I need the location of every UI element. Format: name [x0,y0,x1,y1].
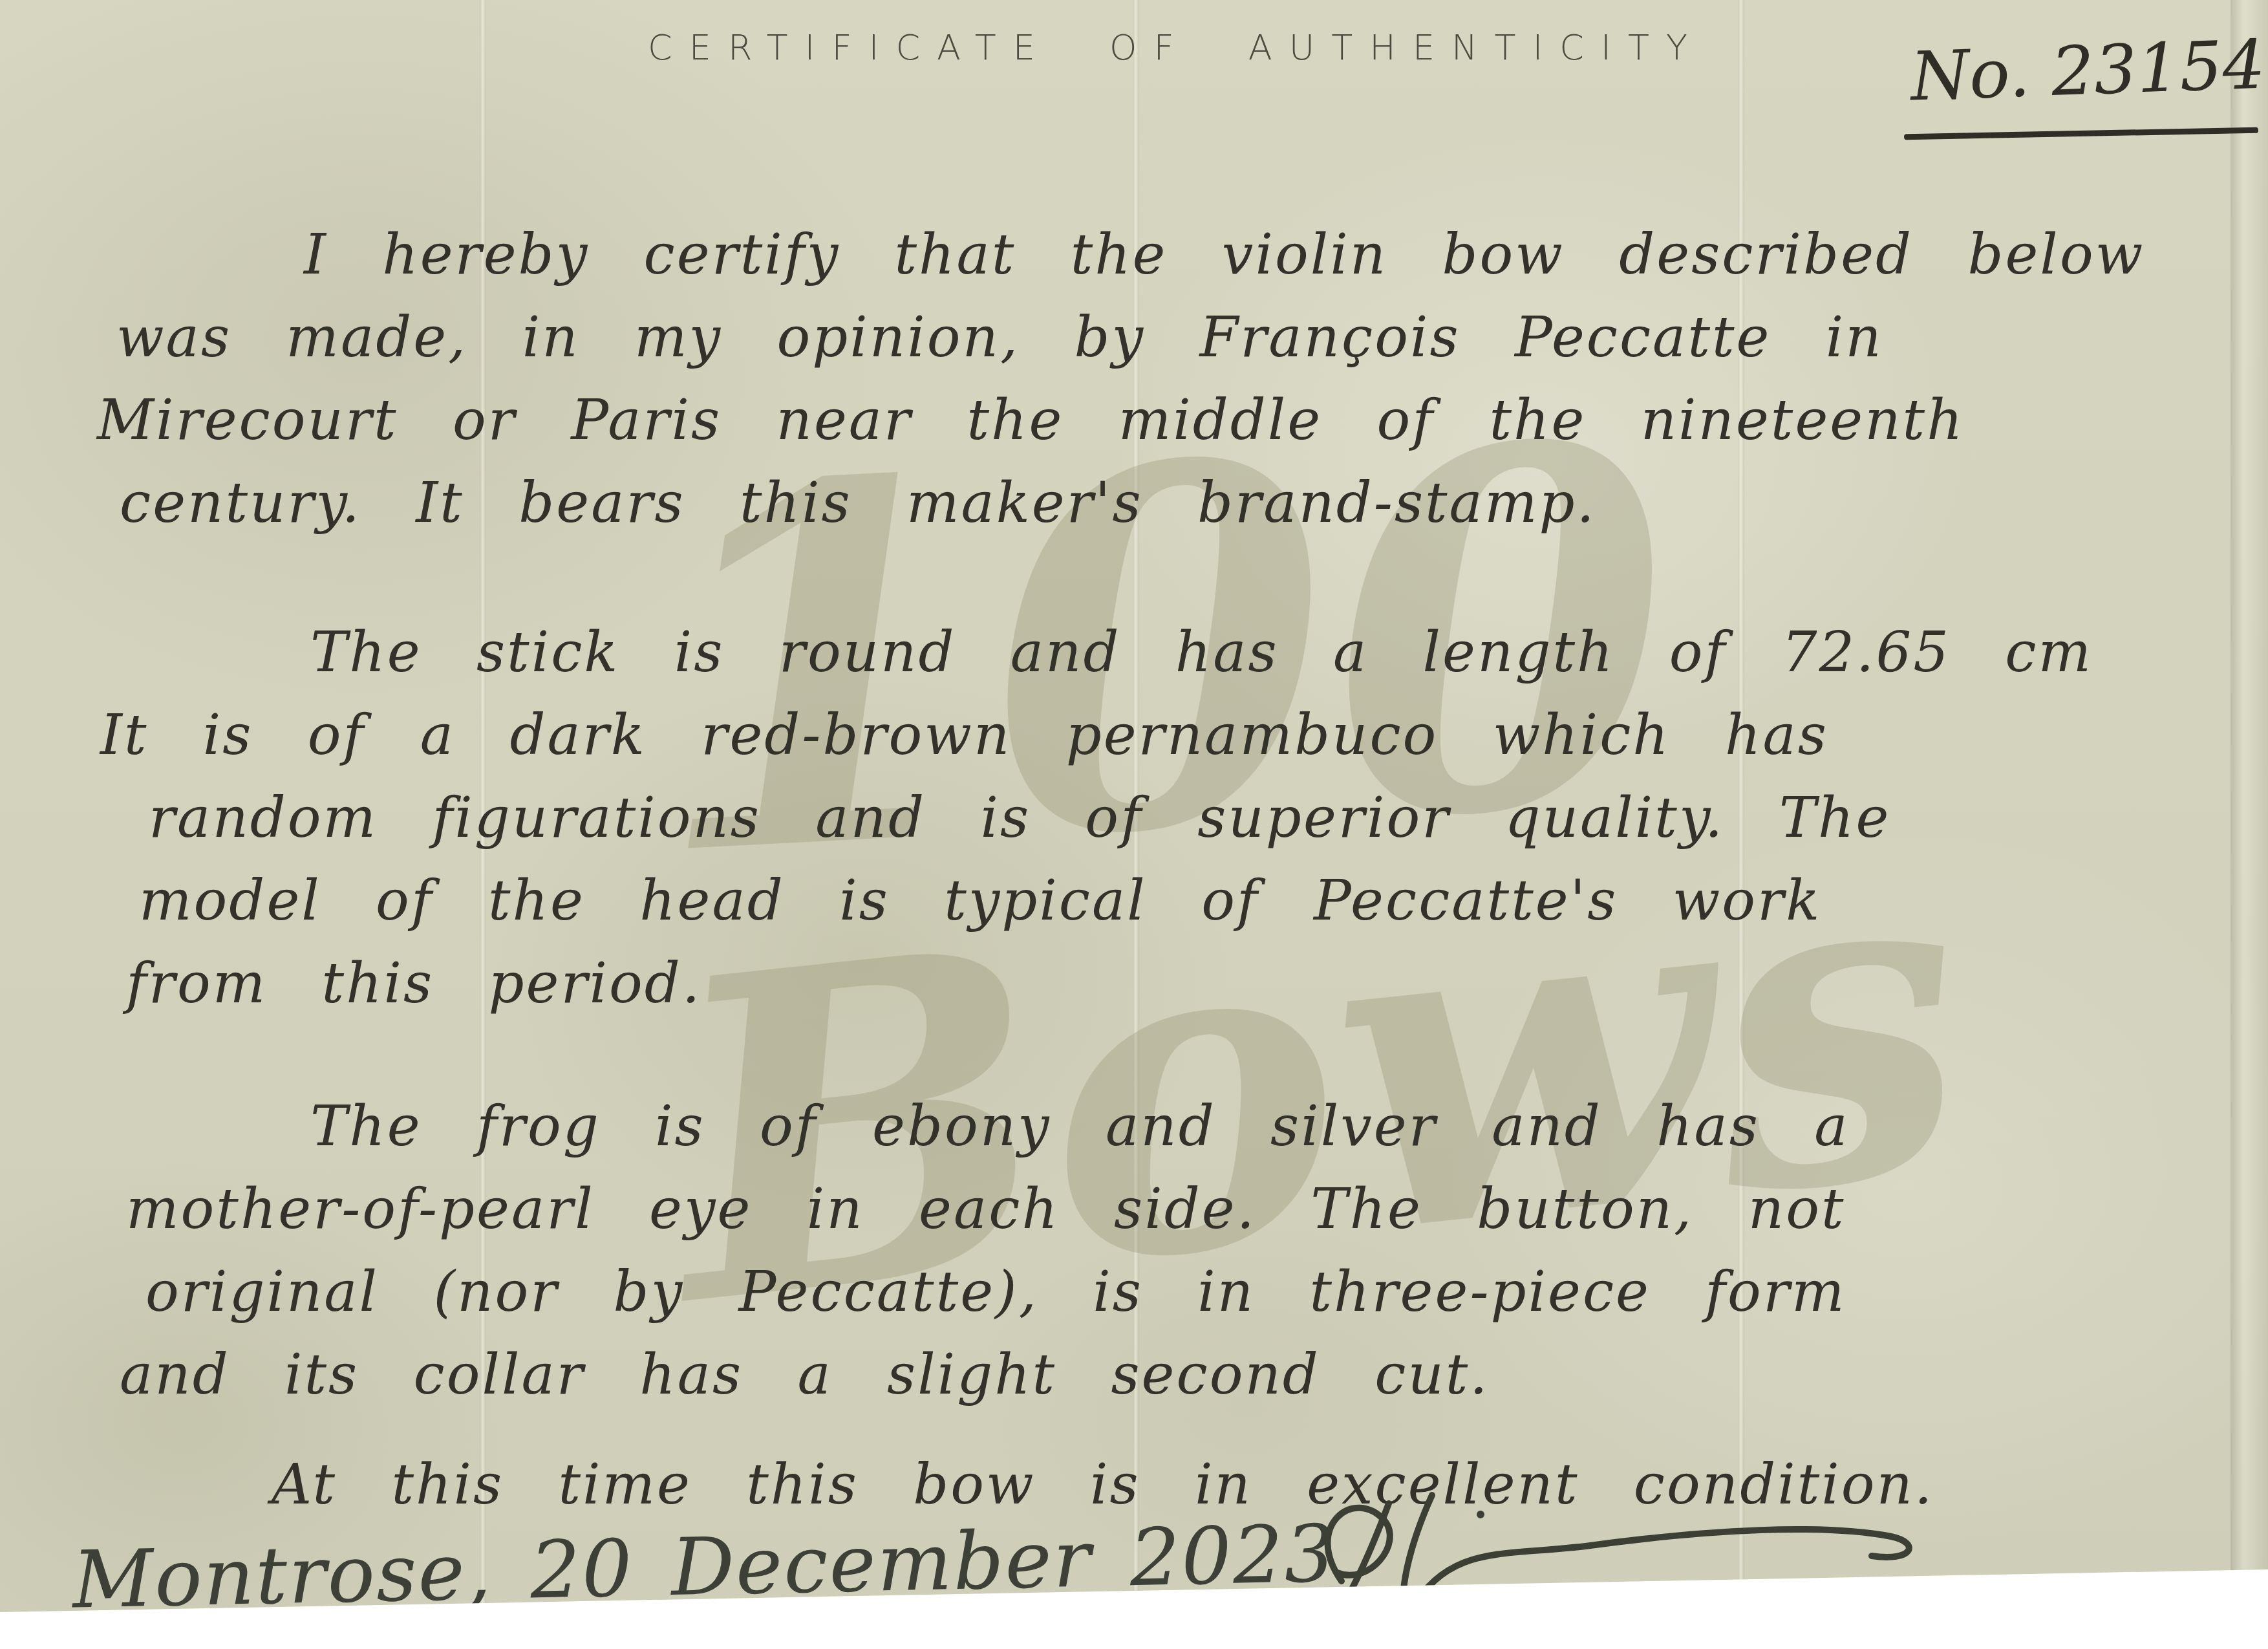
certificate-number: No. 23154 [1909,25,2267,116]
paragraph-1: I hereby certify that the violin bow des… [61,213,2268,544]
body-line: The stick is round and has a length of 7… [310,611,2268,694]
body-line: model of the head is typical of Peccatte… [139,859,2268,942]
body-line: from this period. [126,942,2268,1025]
paragraph-3: The frog is of ebony and silver and has … [61,1085,2268,1416]
body-line: mother-of-pearl eye in each side. The bu… [126,1168,2268,1251]
body-line: original (nor by Peccatte), is in three-… [145,1251,2268,1333]
body-line: I hereby certify that the violin bow des… [304,213,2268,296]
certificate-number-underline [1904,127,2258,140]
body-line: It is of a dark red-brown pernambuco whi… [100,694,2268,777]
body-line: century. It bears this maker's brand-sta… [120,462,2268,544]
body-line: was made, in my opinion, by François Pec… [116,296,2268,379]
body-line: The frog is of ebony and silver and has … [310,1085,2268,1168]
body-line: and its collar has a slight second cut. [120,1333,2268,1416]
certificate-scan: 100 Bows CERTIFICATE OF AUTHENTICITY No.… [0,0,2268,1649]
paragraph-2: The stick is round and has a length of 7… [61,611,2268,1025]
body-line: Mirecourt or Paris near the middle of th… [97,379,2268,462]
body-line: random figurations and is of superior qu… [149,777,2268,859]
